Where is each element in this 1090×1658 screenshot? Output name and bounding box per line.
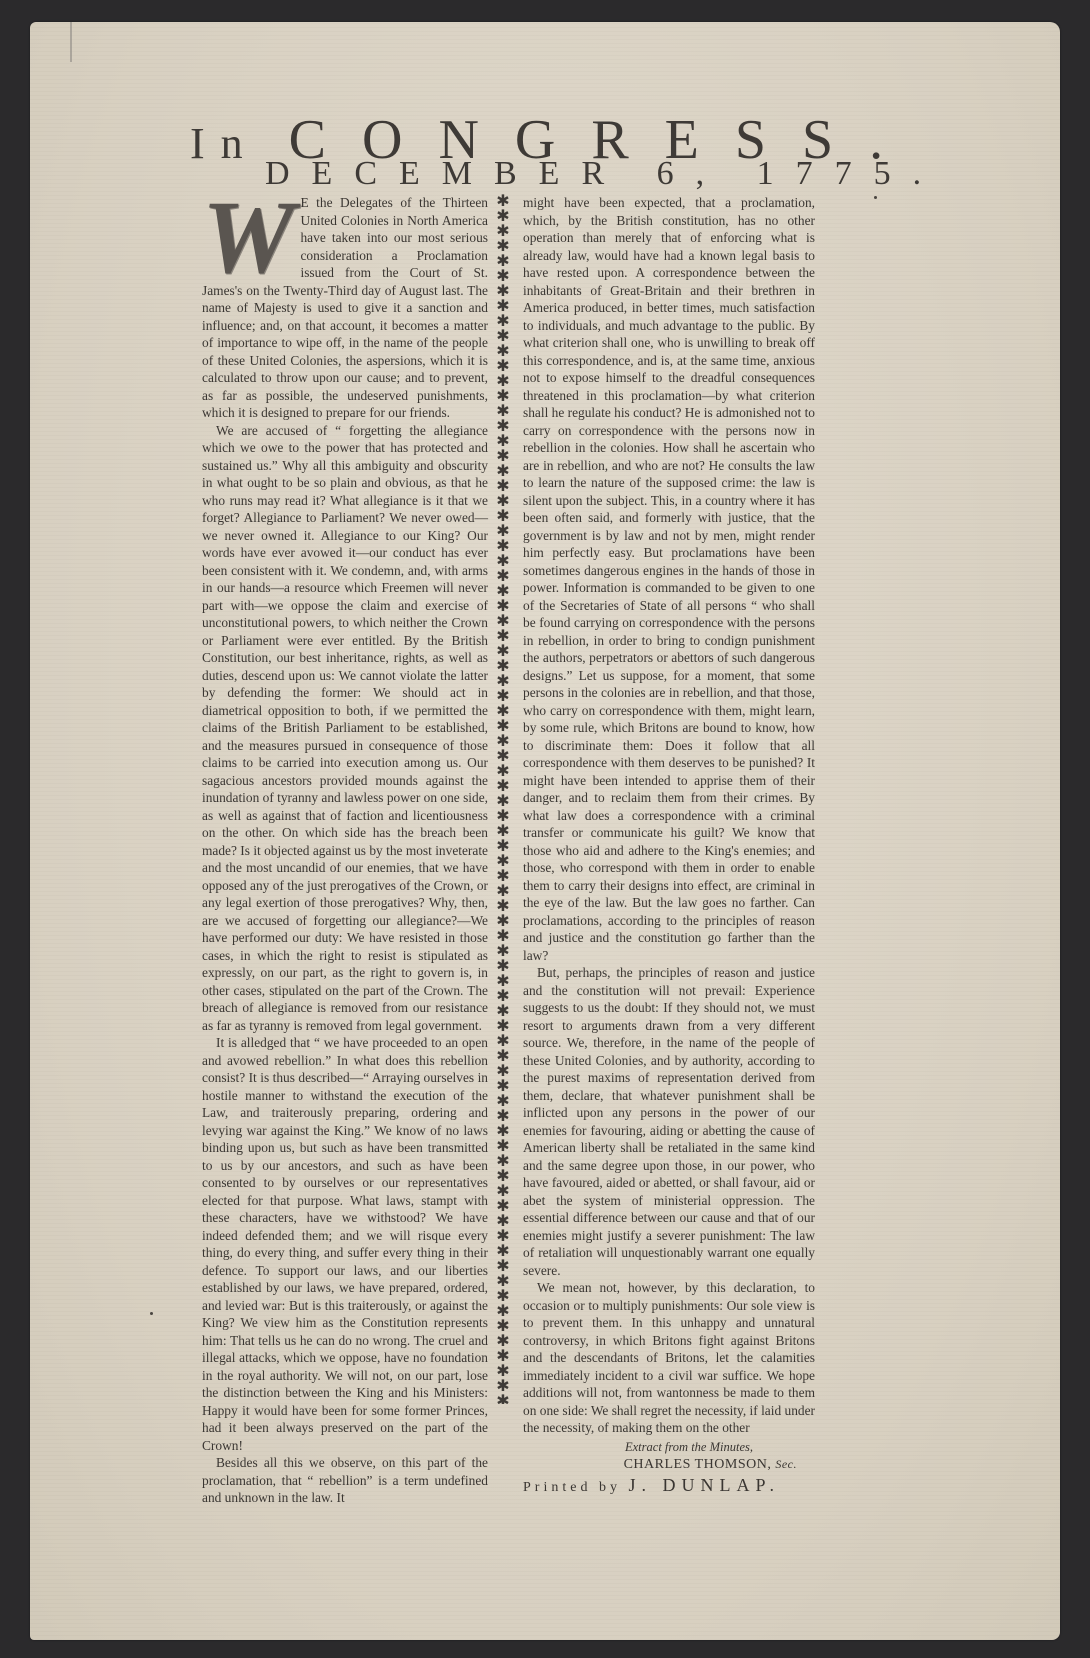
paragraph-7: We mean not, however, by this declaratio… xyxy=(523,1279,815,1437)
title-in: In xyxy=(190,119,259,168)
right-column: might have been expected, that a proclam… xyxy=(523,194,815,1496)
paragraph-3: It is alledged that “ we have proceeded … xyxy=(202,1034,488,1454)
printer-name: J. DUNLAP. xyxy=(628,1475,780,1495)
signer-name: CHARLES THOMSON, xyxy=(624,1457,772,1472)
paragraph-5: might have been expected, that a proclam… xyxy=(523,194,815,964)
paragraph-6: But, perhaps, the principles of reason a… xyxy=(523,964,815,1279)
dateline: DECEMBER 6, 1775. xyxy=(265,155,943,193)
paragraph-2: We are accused of “ forgetting the alleg… xyxy=(202,422,488,1035)
paper-fold-mark xyxy=(70,22,72,62)
drop-cap: W xyxy=(202,196,294,280)
paper-speck xyxy=(150,1312,153,1315)
paragraph-4: Besides all this we observe, on this par… xyxy=(202,1454,488,1507)
extract-label: Extract from the Minutes, xyxy=(523,1439,815,1457)
left-column: WE the Delegates of the Thirteen United … xyxy=(202,194,488,1507)
paper-speck xyxy=(874,196,877,199)
printed-by-label: Printed by xyxy=(523,1480,621,1495)
signer-title: Sec. xyxy=(775,1457,797,1471)
ornamental-column-divider: ✱✱✱✱✱✱✱✱✱✱✱✱✱✱✱✱✱✱✱✱✱✱✱✱✱✱✱✱✱✱✱✱✱✱✱✱✱✱✱✱… xyxy=(492,194,514,1404)
paragraph-1: WE the Delegates of the Thirteen United … xyxy=(202,194,488,422)
printer-imprint: Printed by J. DUNLAP. xyxy=(523,1477,815,1497)
signature: CHARLES THOMSON, Sec. xyxy=(523,1456,815,1474)
